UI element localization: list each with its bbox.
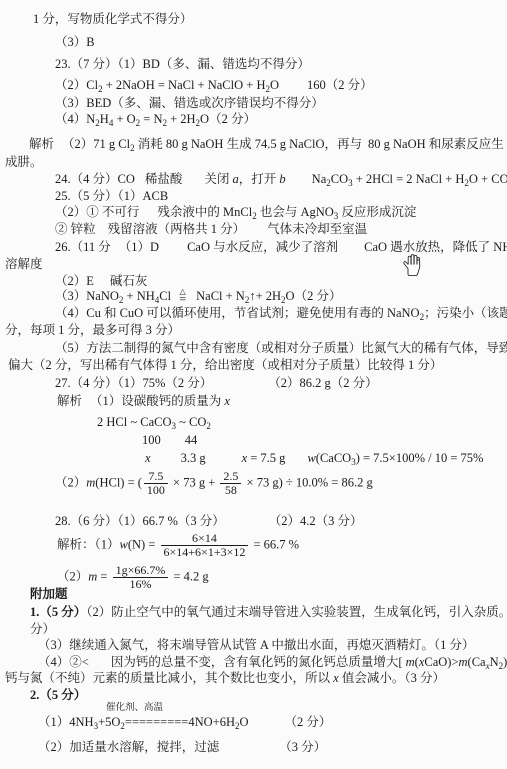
text-line: 解析（2）71 g Cl2 消耗 80 g NaOH 生成 74.5 g NaC… bbox=[29, 137, 504, 152]
text-line: 26.（11 分（1）DCaO 与水反应，减少了溶剂CaO 遇水放热，降低了 N… bbox=[55, 240, 507, 255]
text-line: 23.（7 分）（1）BD（多、漏、错选均不得分） bbox=[55, 57, 310, 72]
text-line: 钙与氮（不纯）元素的质量比减小，其个数比也变小，所以 x 值会减小。（3 分） bbox=[5, 671, 445, 686]
text-line: 2 HCl ~ CaCO3 ~ CO2 bbox=[97, 415, 211, 430]
text-line: 10044 bbox=[142, 433, 197, 448]
text-line: 溶解度 bbox=[5, 257, 43, 272]
text-line: （2）m(HCl) = (7.5100 × 73 g + 2.558 × 73 … bbox=[55, 470, 373, 497]
fraction: 1g×66.7%16% bbox=[113, 564, 169, 591]
text-line: （4）N2H4 + O2 = N2 + 2H2O（2 分） bbox=[55, 112, 256, 127]
fraction: 6×146×14+6×1+3×12 bbox=[161, 532, 249, 559]
text-line: （3）NaNO2 + NH4Cl△=NaCl + N2↑+ 2H2O（2 分） bbox=[55, 289, 341, 304]
text-line: （2）E碱石灰 bbox=[55, 274, 147, 289]
text-line: 分） bbox=[30, 622, 55, 637]
text-line: （4）②<因为钙的总量不变，含有氧化钙的氮化钙总质量增大[ m(xCaO)>m(… bbox=[38, 655, 507, 670]
text-line: 催化剂、高温 bbox=[106, 701, 163, 716]
text-line: 成肼。 bbox=[5, 155, 43, 170]
text-line: 1.（5 分）（2）防止空气中的氧气通过末端导管进入实验装置，生成氧化钙，引入杂… bbox=[30, 605, 507, 620]
text-line: 附加题 bbox=[30, 587, 68, 602]
text-line: （2）加适量水溶解，搅拌，过滤（3 分） bbox=[38, 740, 326, 755]
text-line: 1 分，写物质化学式不得分） bbox=[33, 12, 192, 27]
delta-over-equals-symbol: △= bbox=[179, 289, 186, 303]
text-line: x3.3 gx = 7.5 gw(CaCO3) = 7.5×100% / 10 … bbox=[145, 451, 483, 466]
text-line: ② 锌粒残留溶液（两格共 1 分）气体未冷却至室温 bbox=[55, 222, 367, 237]
text-line: 分，每项 1 分，最多可得 3 分） bbox=[5, 323, 180, 338]
text-line: （1）4NH3+5O2=========4NO+6H2O（2 分） bbox=[38, 715, 331, 730]
text-line: 24.（4 分）CO稀盐酸关闭 a，打开 bNa2CO3 + 2HCl = 2 … bbox=[55, 172, 507, 187]
text-line: 解析（1）设碳酸钙的质量为 x bbox=[57, 394, 230, 409]
fraction: 7.5100 bbox=[144, 470, 168, 497]
text-line: （2）m = 1g×66.7%16% = 4.2 g bbox=[57, 564, 209, 591]
text-line: （3）B bbox=[55, 35, 95, 50]
text-line: （3）BED（多、漏、错选或次序错误均不得分） bbox=[55, 96, 324, 111]
hand-cursor-icon bbox=[403, 253, 423, 281]
text-line: （2）① 不可行残余液中的 MnCl2 也会与 AgNO3 反应形成沉淀 bbox=[55, 205, 416, 220]
text-line: 偏大（2 分，写出稀有气体得 1 分，给出密度（或相对分子质量）比较得 1 分） bbox=[8, 358, 442, 373]
text-line: （2）Cl2 + 2NaOH = NaCl + NaClO + H2O160（2… bbox=[55, 78, 373, 93]
text-line: 27.（4 分）（1）75%（2 分）（2）86.2 g（2 分） bbox=[55, 376, 378, 391]
fraction: 2.558 bbox=[220, 470, 241, 497]
text-line: （5）方法二制得的氮气中含有密度（或相对分子质量）比氮气大的稀有气体，导致密度 bbox=[55, 341, 507, 356]
text-line: 2.（5 分） bbox=[30, 688, 86, 703]
text-line: 28.（6 分）（1）66.7 %（3 分）（2）4.2（3 分） bbox=[55, 514, 363, 529]
text-line: （4）Cu 和 CuO 可以循环使用，节省试剂；避免使用有毒的 NaNO2；污染… bbox=[55, 306, 507, 321]
answer-key-document: 1 分，写物质化学式不得分）（3）B23.（7 分）（1）BD（多、漏、错选均不… bbox=[0, 0, 507, 769]
text-line: 25.（5 分）（1）ACB bbox=[55, 189, 168, 204]
text-line: （3）继续通入氮气，将末端导管从试管 A 中撤出水面，再熄灭酒精灯。（1 分） bbox=[38, 638, 474, 653]
text-line: 解析：（1）w(N) = 6×146×14+6×1+3×12 = 66.7 % bbox=[57, 532, 299, 559]
